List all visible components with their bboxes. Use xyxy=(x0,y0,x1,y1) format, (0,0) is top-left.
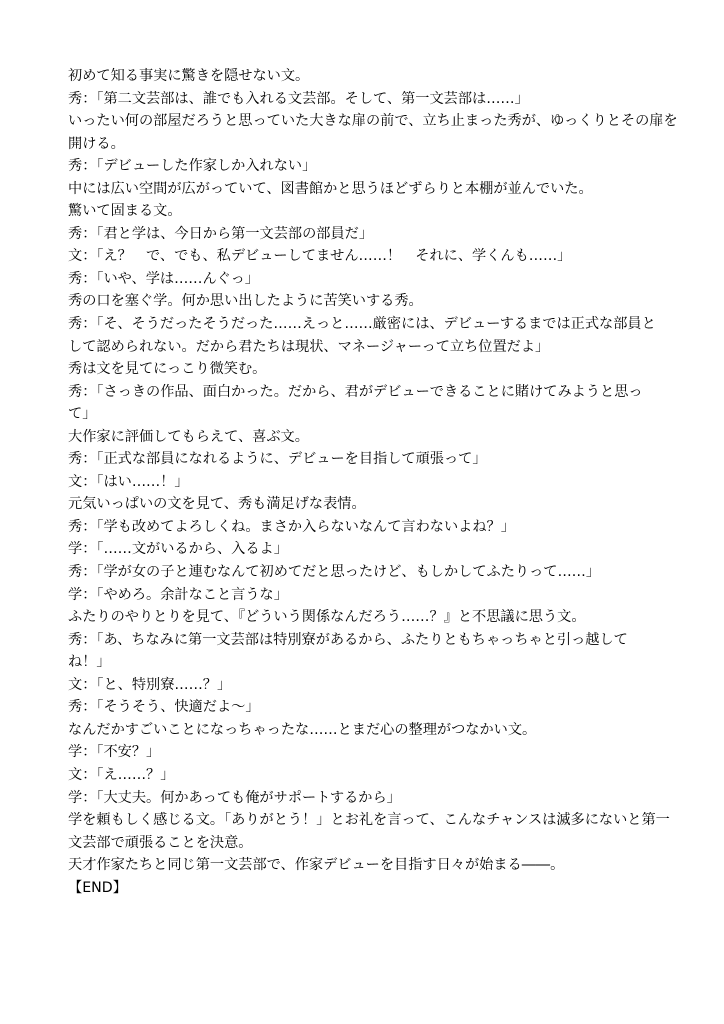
narration-line: いったい何の部屋だろうと思っていた大きな扉の前で、立ち止まった秀が、ゆっくりとそ… xyxy=(68,110,668,133)
narration-line: ね！」 xyxy=(68,651,668,674)
narration-line: ふたりのやりとりを見て、『どういう関係なんだろう……？』と不思議に思う文。 xyxy=(68,606,668,629)
dialogue-line: 秀：「第二文芸部は、誰でも入れる文芸部。そして、第一文芸部は……」 xyxy=(68,88,668,111)
narration-line: 開ける。 xyxy=(68,133,668,156)
narration-line: て」 xyxy=(68,403,668,426)
document-page: 初めて知る事実に驚きを隠せない文。 秀：「第二文芸部は、誰でも入れる文芸部。そし… xyxy=(68,65,668,899)
narration-line: なんだかすごいことになっちゃったな……とまだ心の整理がつなかい文。 xyxy=(68,719,668,742)
narration-line: して認められない。だから君たちは現状、マネージャーって立ち位置だよ」 xyxy=(68,336,668,359)
dialogue-line: 秀：「君と学は、今日から第一文芸部の部員だ」 xyxy=(68,223,668,246)
dialogue-line: 秀：「そうそう、快適だよ～」 xyxy=(68,696,668,719)
dialogue-line: 秀：「あ、ちなみに第一文芸部は特別寮があるから、ふたりともちゃっちゃと引っ越して xyxy=(68,629,668,652)
narration-line: 初めて知る事実に驚きを隠せない文。 xyxy=(68,65,668,88)
narration-line: 秀の口を塞ぐ学。何か思い出したように苦笑いする秀。 xyxy=(68,290,668,313)
dialogue-line: 学：「大丈夫。何かあっても俺がサポートするから」 xyxy=(68,787,668,810)
dialogue-line: 秀：「いや、学は……んぐっ」 xyxy=(68,268,668,291)
dialogue-line: 秀：「デビューした作家しか入れない」 xyxy=(68,155,668,178)
dialogue-line: 秀：「学が女の子と連むなんて初めてだと思ったけど、もしかしてふたりって……」 xyxy=(68,561,668,584)
dialogue-line: 学：「……文がいるから、入るよ」 xyxy=(68,538,668,561)
dialogue-line: 秀：「正式な部員になれるように、デビューを目指して頑張って」 xyxy=(68,448,668,471)
end-marker: 【END】 xyxy=(68,877,668,900)
narration-line: 学を頼もしく感じる文。「ありがとう！」とお礼を言って、こんなチャンスは滅多にない… xyxy=(68,809,668,832)
dialogue-line: 秀：「そ、そうだったそうだった……えっと……厳密には、デビューするまでは正式な部… xyxy=(68,313,668,336)
narration-line: 大作家に評価してもらえて、喜ぶ文。 xyxy=(68,426,668,449)
dialogue-line: 文：「え？ で、でも、私デビューしてません……！ それに、学くんも……」 xyxy=(68,245,668,268)
dialogue-line: 学：「やめろ。余計なこと言うな」 xyxy=(68,584,668,607)
narration-line: 天才作家たちと同じ第一文芸部で、作家デビューを目指す日々が始まる――。 xyxy=(68,854,668,877)
narration-line: 中には広い空間が広がっていて、図書館かと思うほどずらりと本棚が並んでいた。 xyxy=(68,178,668,201)
dialogue-line: 文：「え……？」 xyxy=(68,764,668,787)
dialogue-line: 文：「と、特別寮……？」 xyxy=(68,674,668,697)
dialogue-line: 秀：「さっきの作品、面白かった。だから、君がデビューできることに賭けてみようと思… xyxy=(68,381,668,404)
narration-line: 秀は文を見てにっこり微笑む。 xyxy=(68,358,668,381)
narration-line: 驚いて固まる文。 xyxy=(68,200,668,223)
dialogue-line: 学：「不安？」 xyxy=(68,741,668,764)
dialogue-line: 秀：「学も改めてよろしくね。まさか入らないなんて言わないよね？」 xyxy=(68,516,668,539)
narration-line: 文芸部で頑張ることを決意。 xyxy=(68,832,668,855)
narration-line: 元気いっぱいの文を見て、秀も満足げな表情。 xyxy=(68,493,668,516)
dialogue-line: 文：「はい……！」 xyxy=(68,471,668,494)
